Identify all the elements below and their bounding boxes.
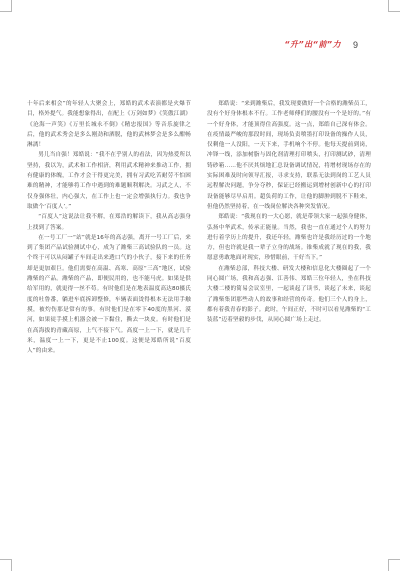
paragraph: 郑皓说：“来到潍柴后，我发现要做好一个合格的潍柴员工，没有个好身体根本不行。工作…	[207, 99, 371, 212]
paragraph: “百度人”这说法让我不解，在郑浩的解读下，我从高志强身上找到了答案。	[27, 212, 191, 233]
page-header: “升”出“前”力 9	[284, 39, 358, 50]
article-body: 十年后来相会”的年轻人大聚会上，郑皓的武术表演都是火爆节目，格外提气。我能想象得…	[27, 99, 371, 356]
paragraph: 在一号工厂一“站”就是16年的高志强，离开一号工厂后，来到了集团产品试验测试中心…	[27, 233, 191, 357]
crop-mark-bottom-right	[388, 559, 400, 571]
paragraph: 在潍柴总部，科技大楼、研发大楼和信息化大楼圈起了一个同心圆广场，我和高志强、江善…	[207, 264, 371, 326]
left-column: 十年后来相会”的年轻人大聚会上，郑皓的武术表演都是火爆节目，格外提气。我能想象得…	[27, 99, 191, 356]
crop-mark-bottom-left	[0, 559, 12, 571]
page-number: 9	[353, 40, 358, 50]
crop-mark-top-right	[388, 0, 400, 12]
right-column: 郑皓说：“来到潍柴后，我发现要做好一个合格的潍柴员工，没有个好身体根本不行。工作…	[207, 99, 371, 356]
crop-mark-top-left	[0, 0, 12, 12]
paragraph: 十年后来相会”的年轻人大聚会上，郑皓的武术表演都是火爆节目，格外提气。我能想象得…	[27, 99, 191, 150]
paragraph: 郑皓说：“我现在的一大心愿，就是带领大家一起强身健体，弘扬中华武术，传承正能量。…	[207, 212, 371, 263]
section-title: “升”出“前”力	[284, 39, 341, 50]
paragraph: 男儿当自强！郑皓说：“我不在乎别人的看法，因为热爱所以坚持，我以为，武术和工作相…	[27, 150, 191, 212]
